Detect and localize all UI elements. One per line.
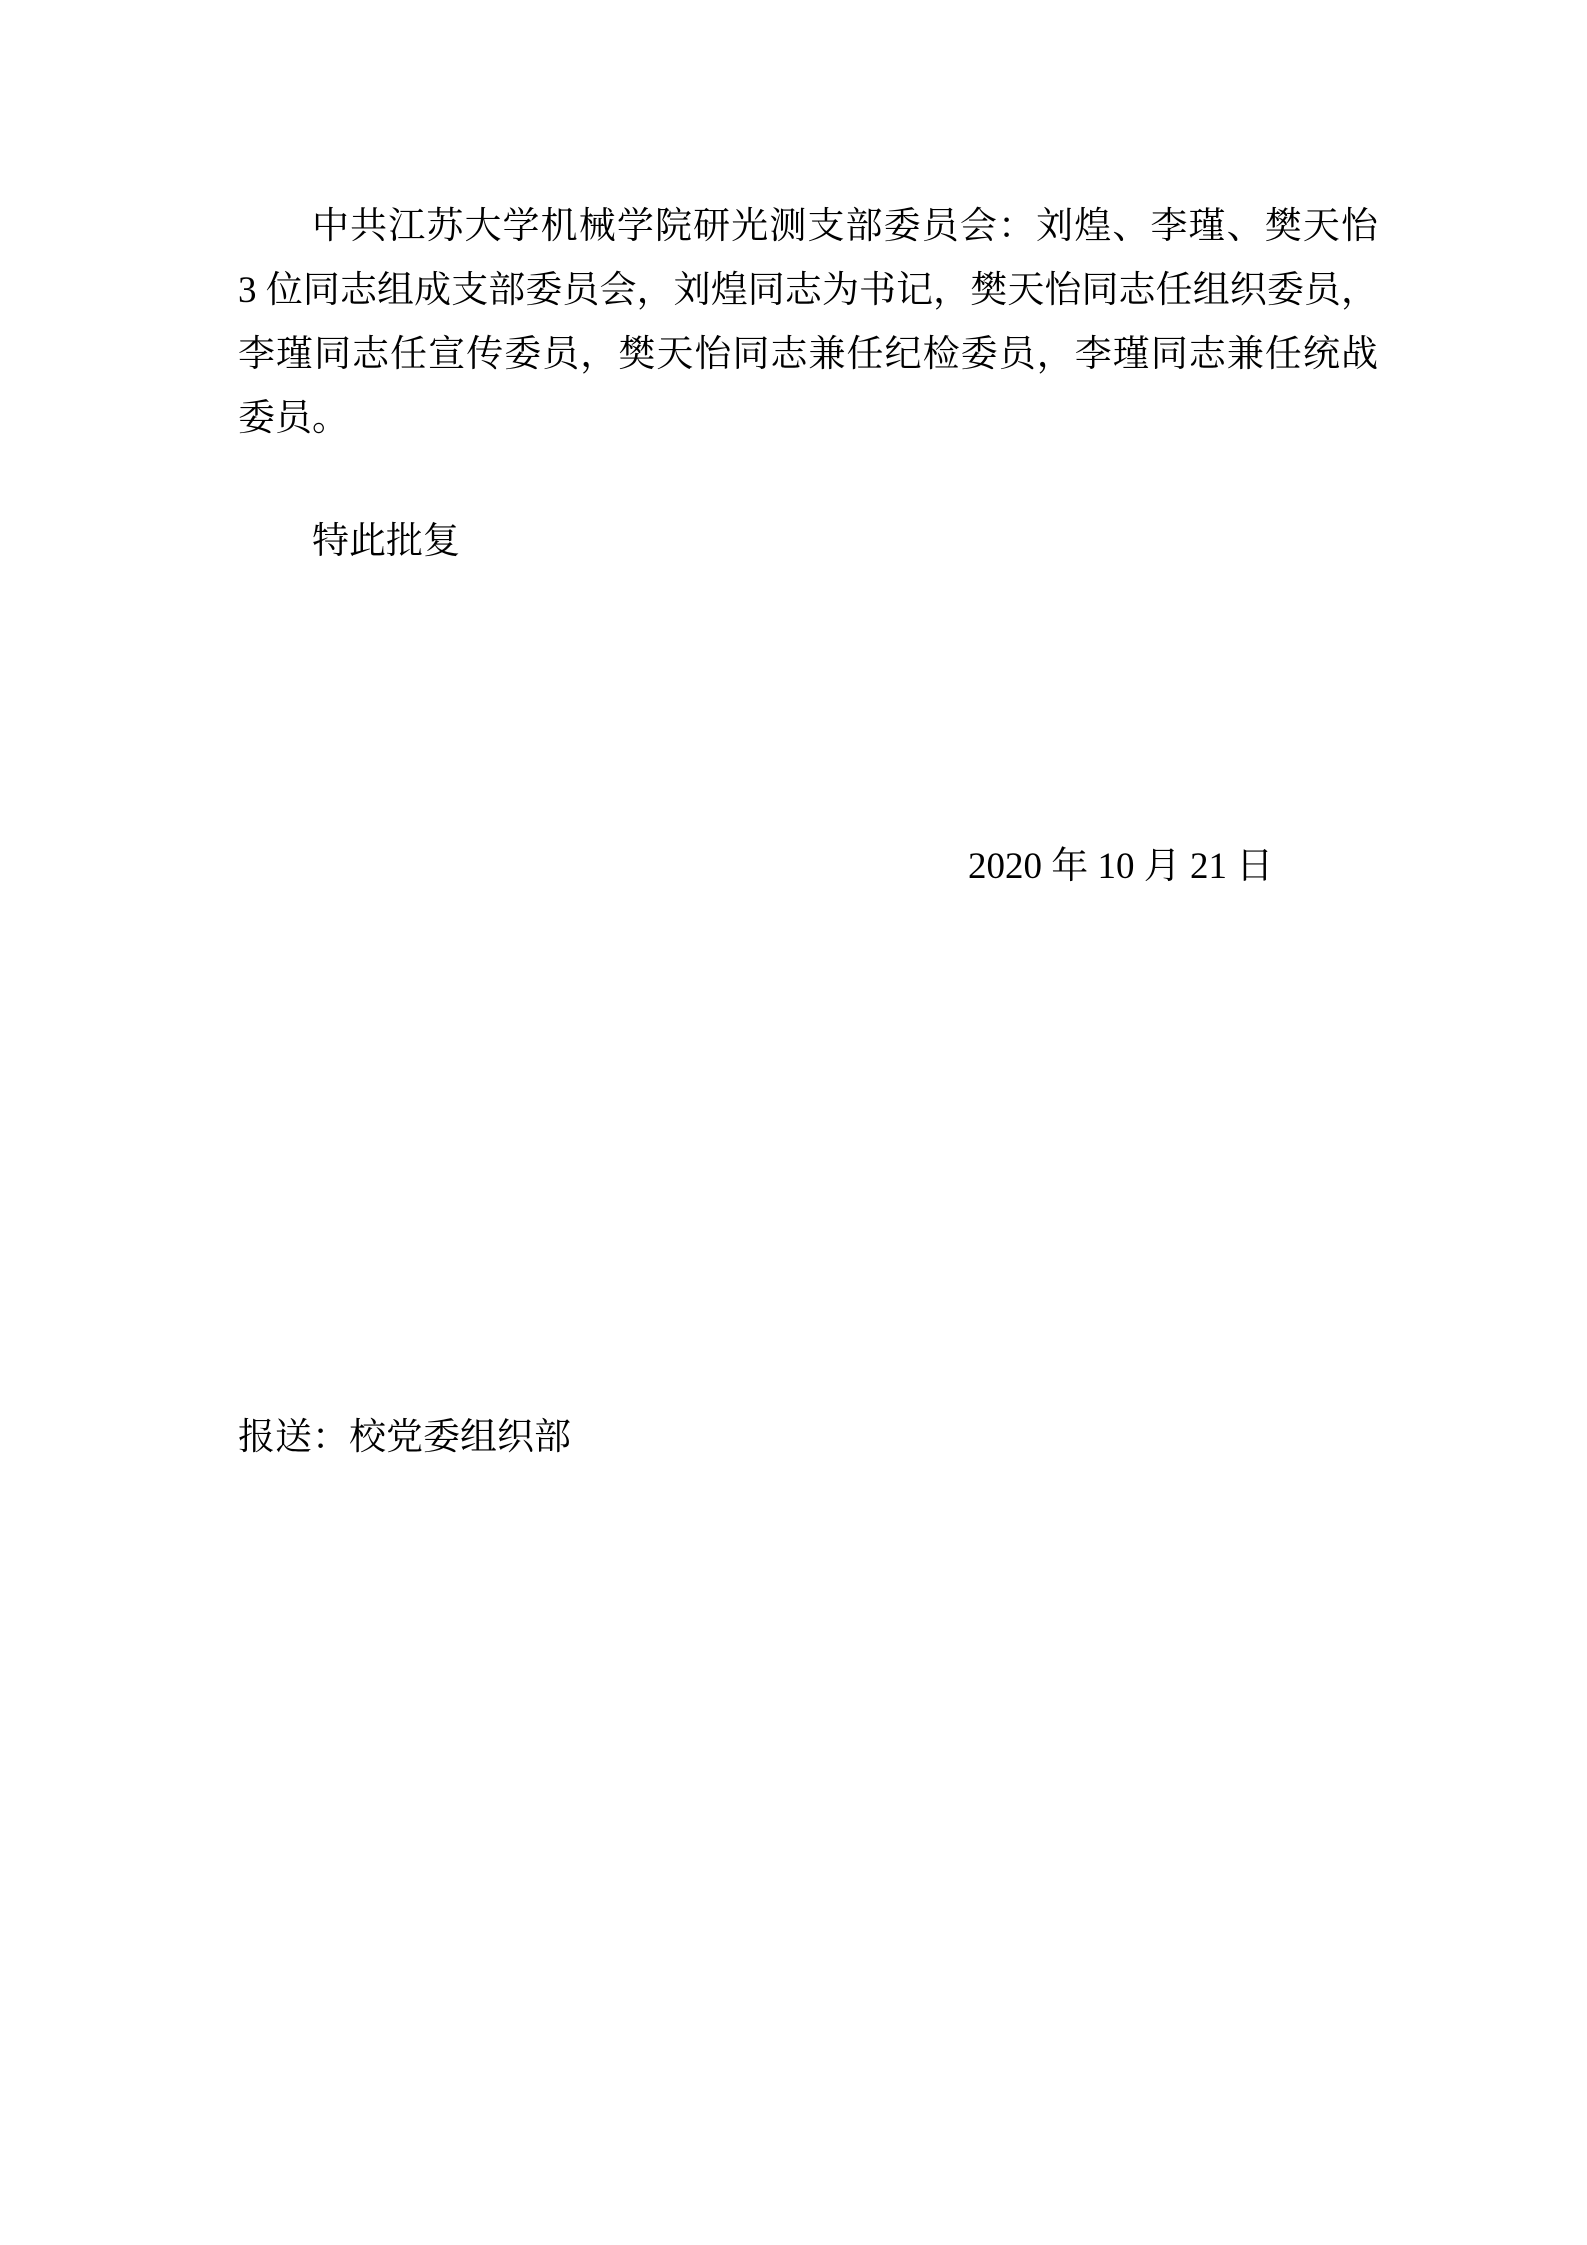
body-line-4: 委员。 xyxy=(238,387,1378,451)
signature-date: 2020 年 10 月 21 日 xyxy=(968,835,1273,899)
cc-distribution-line: 报送：校党委组织部 xyxy=(238,1406,571,1470)
body-paragraph: 中共江苏大学机械学院研光测支部委员会：刘煌、李瑾、樊天怡 3 位同志组成支部委员… xyxy=(238,195,1378,451)
document-page: 中共江苏大学机械学院研光测支部委员会：刘煌、李瑾、樊天怡 3 位同志组成支部委员… xyxy=(0,0,1587,2245)
body-line-3: 李瑾同志任宣传委员，樊天怡同志兼任纪检委员，李瑾同志兼任统战 xyxy=(238,323,1378,387)
body-line-2: 3 位同志组成支部委员会，刘煌同志为书记，樊天怡同志任组织委员， xyxy=(238,259,1378,323)
body-line-1: 中共江苏大学机械学院研光测支部委员会：刘煌、李瑾、樊天怡 xyxy=(238,195,1378,259)
closing-phrase: 特此批复 xyxy=(312,510,460,574)
